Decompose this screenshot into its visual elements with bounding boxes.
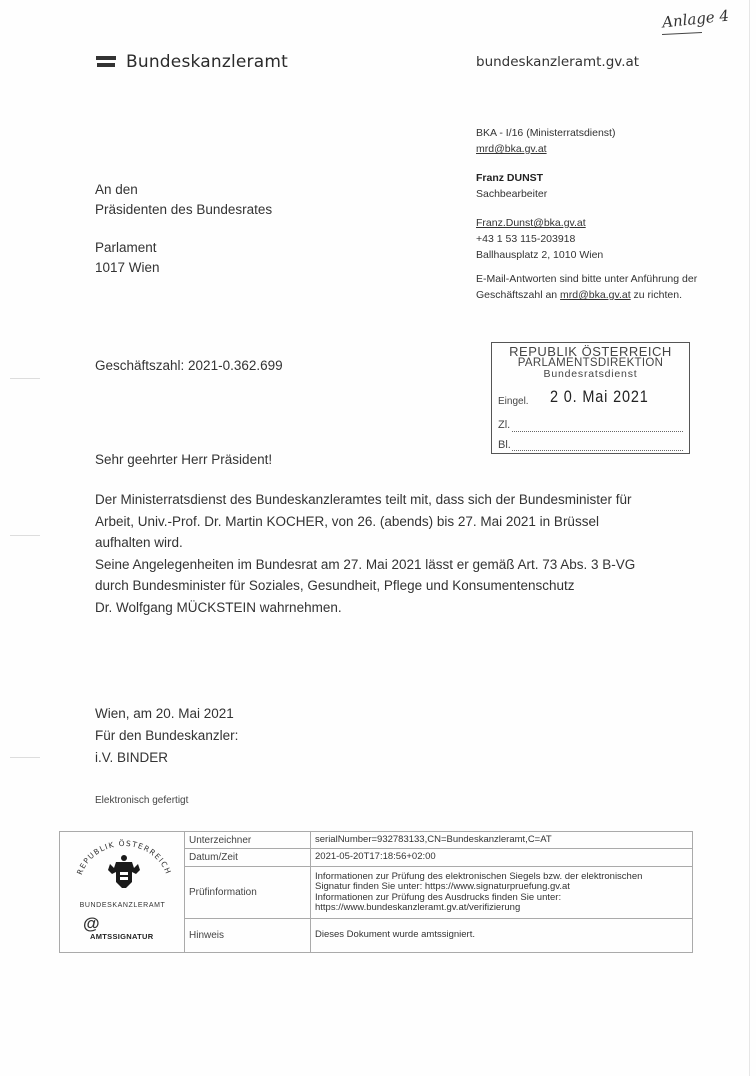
signature-row-note: Hinweis Dieses Dokument wurde amtssignie… <box>185 919 692 952</box>
sender-block: BKA - I/16 (Ministerratsdienst) mrd@bka.… <box>476 125 697 303</box>
received-stamp: REPUBLIK ÖSTERREICH PARLAMENTSDIREKTION … <box>491 342 690 454</box>
signature-row-signer: Unterzeichner serialNumber=932783133,CN=… <box>185 832 692 849</box>
signatory: i.V. BINDER <box>95 747 238 769</box>
signature-label: Prüfinformation <box>185 867 311 918</box>
stamp-received-label: Eingel. <box>498 396 529 407</box>
handwritten-underline <box>662 32 702 35</box>
reply-note-line1: E-Mail-Antworten sind bitte unter Anführ… <box>476 271 697 287</box>
scan-edge <box>749 0 750 1076</box>
letter-page: Bundeskanzleramt bundeskanzleramt.gv.at … <box>0 0 756 1076</box>
verification-link[interactable]: https://www.bundeskanzleramt.gv.at/verif… <box>315 903 520 914</box>
signature-row-verification: Prüfinformation Informationen zur Prüfun… <box>185 867 692 919</box>
for-chancellor: Für den Bundeskanzler: <box>95 725 238 747</box>
body-line: durch Bundesminister für Soziales, Gesun… <box>95 575 635 597</box>
reference-number: Geschäftszahl: 2021-0.362.699 <box>95 358 283 373</box>
place-date: Wien, am 20. Mai 2021 <box>95 703 238 725</box>
recipient-line: 1017 Wien <box>95 258 272 278</box>
stamp-dotted-line <box>512 450 683 451</box>
body-line: Seine Angelegenheiten im Bundesrat am 27… <box>95 554 635 576</box>
signature-label: Hinweis <box>185 919 311 952</box>
margin-mark <box>10 378 40 379</box>
recipient-line: An den <box>95 180 272 200</box>
signature-label: Unterzeichner <box>185 832 311 848</box>
austria-coat-of-arms-icon: REPUBLIK ÖSTERREICH <box>68 834 178 904</box>
bka-logo-icon <box>96 55 116 69</box>
reply-note-line2: Geschäftszahl an mrd@bka.gv.at zu richte… <box>476 287 697 303</box>
sender-role: Sachbearbeiter <box>476 186 697 202</box>
emblem-org: BUNDESKANZLERAMT <box>60 902 185 909</box>
signature-value: Informationen zur Prüfung des elektronis… <box>311 867 692 918</box>
signature-row-datetime: Datum/Zeit 2021-05-20T17:18:56+02:00 <box>185 849 692 867</box>
sender-email[interactable]: Franz.Dunst@bka.gv.at <box>476 215 697 231</box>
signature-value: 2021-05-20T17:18:56+02:00 <box>311 849 692 866</box>
sender-phone: +43 1 53 115-203918 <box>476 231 697 247</box>
stamp-zl-label: Zl. <box>498 419 510 431</box>
at-sign-icon: @ <box>83 914 100 934</box>
sender-department-email[interactable]: mrd@bka.gv.at <box>476 141 697 157</box>
closing-block: Wien, am 20. Mai 2021 Für den Bundeskanz… <box>95 703 238 769</box>
signature-table: REPUBLIK ÖSTERREICH BUNDESKANZLERAMT @ A… <box>59 831 693 953</box>
recipient-block: An den Präsidenten des Bundesrates Parla… <box>95 180 272 278</box>
electronic-note: Elektronisch gefertigt <box>95 795 188 806</box>
body-line: aufhalten wird. <box>95 532 635 554</box>
signature-value: Dieses Dokument wurde amtssigniert. <box>311 919 692 952</box>
salutation: Sehr geehrter Herr Präsident! <box>95 452 272 467</box>
signature-value: serialNumber=932783133,CN=Bundeskanzlera… <box>311 832 692 848</box>
stamp-bl-label: Bl. <box>498 439 511 451</box>
stamp-line3: Bundesratsdienst <box>492 368 689 380</box>
signature-rows: Unterzeichner serialNumber=932783133,CN=… <box>185 832 692 952</box>
signature-label: Datum/Zeit <box>185 849 311 866</box>
body-line: Der Ministerratsdienst des Bundeskanzler… <box>95 489 635 511</box>
handwritten-annotation: Anlage 4 <box>661 7 730 32</box>
signature-emblem: REPUBLIK ÖSTERREICH BUNDESKANZLERAMT @ A… <box>60 832 185 952</box>
sender-department: BKA - I/16 (Ministerratsdienst) <box>476 125 697 141</box>
body-line: Arbeit, Univ.-Prof. Dr. Martin KOCHER, v… <box>95 511 635 533</box>
org-logo: Bundeskanzleramt <box>96 52 288 72</box>
stamp-dotted-line <box>512 431 683 432</box>
letter-body: Der Ministerratsdienst des Bundeskanzler… <box>95 489 635 618</box>
recipient-line: Präsidenten des Bundesrates <box>95 200 272 220</box>
org-name: Bundeskanzleramt <box>126 52 288 72</box>
verification-line[interactable]: Signatur finden Sie unter: https://www.s… <box>315 882 570 893</box>
recipient-line: Parlament <box>95 238 272 258</box>
stamp-received-date: 2 0. Mai 2021 <box>550 387 649 407</box>
website: bundeskanzleramt.gv.at <box>476 54 639 70</box>
sender-name: Franz DUNST <box>476 172 543 184</box>
sender-address: Ballhausplatz 2, 1010 Wien <box>476 247 697 263</box>
margin-mark <box>10 757 40 758</box>
reply-note-email[interactable]: mrd@bka.gv.at <box>560 289 631 301</box>
amtssignatur-label: AMTSSIGNATUR <box>90 932 153 941</box>
body-line: Dr. Wolfgang MÜCKSTEIN wahrnehmen. <box>95 597 635 619</box>
margin-mark <box>10 535 40 536</box>
